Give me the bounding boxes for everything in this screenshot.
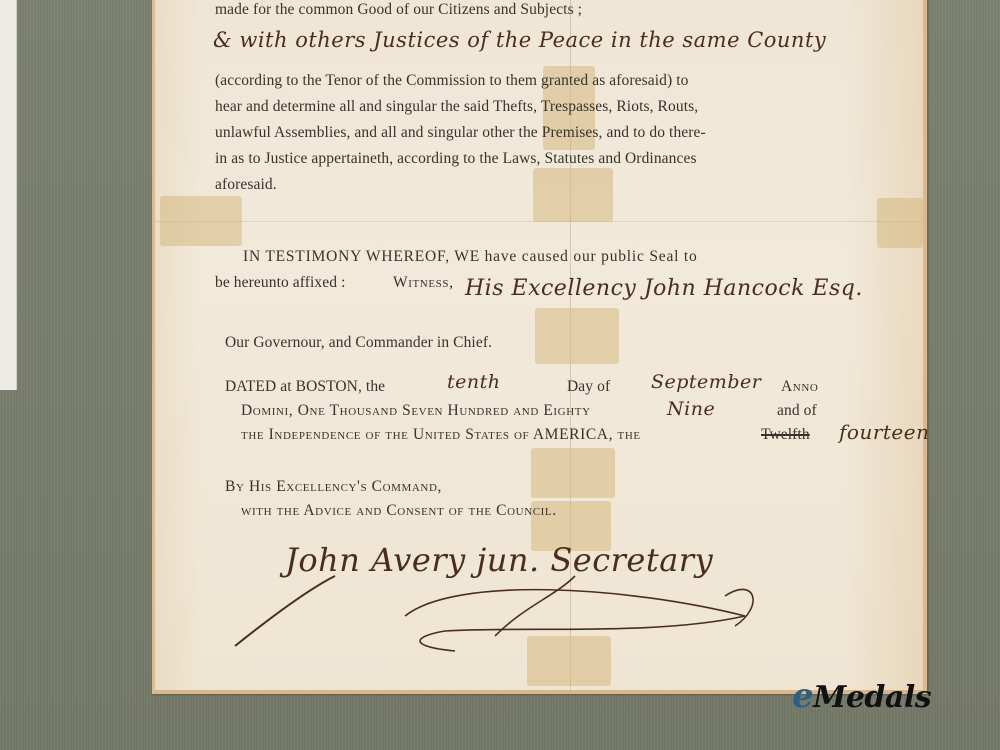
hinge-tape: [531, 448, 615, 498]
and-of-label: and of: [777, 402, 817, 420]
day-of-label: Day of: [567, 378, 610, 396]
governour-line: Our Governour, and Commander in Chief.: [225, 334, 492, 352]
handwritten-justices: & with others Justices of the Peace in t…: [213, 28, 826, 52]
witness-label: Witness,: [393, 274, 454, 292]
signature-flourish: [225, 566, 785, 656]
hinge-tape: [535, 308, 619, 364]
commission-document: made for the common Good of our Citizens…: [152, 0, 927, 694]
hinge-tape: [160, 196, 242, 246]
domini-line: Domini, One Thousand Seven Hundred and E…: [241, 402, 591, 420]
emedals-watermark-logo: eMedals: [792, 676, 931, 716]
text-line: aforesaid.: [215, 176, 277, 194]
text-line: unlawful Assemblies, and all and singula…: [215, 124, 706, 142]
dated-line: DATED at BOSTON, the: [225, 378, 385, 396]
affixed-line: be hereunto affixed :: [215, 274, 346, 292]
advice-line: with the Advice and Consent of the Counc…: [241, 502, 557, 520]
text-line: hear and determine all and singular the …: [215, 98, 698, 116]
anno-label: Anno: [781, 378, 818, 396]
hinge-tape: [877, 198, 923, 248]
logo-e: e: [792, 676, 813, 716]
text-line: in as to Justice appertaineth, according…: [215, 150, 697, 168]
struck-through-year: Twelfth: [761, 426, 810, 444]
handwritten-hancock: His Excellency John Hancock Esq.: [465, 276, 863, 301]
text-line: made for the common Good of our Citizens…: [215, 1, 582, 19]
independence-line: the Independence of the United States of…: [241, 426, 641, 444]
handwritten-month: September: [651, 371, 761, 393]
text-line: (according to the Tenor of the Commissio…: [215, 72, 689, 90]
handwritten-independence-year: fourteen: [839, 420, 929, 444]
hinge-tape: [533, 168, 613, 222]
command-line: By His Excellency's Command,: [225, 478, 442, 496]
logo-text: Medals: [813, 680, 931, 715]
handwritten-day: tenth: [447, 371, 501, 393]
handwritten-year: Nine: [667, 398, 715, 420]
adjacent-document-edge: [0, 0, 17, 390]
testimony-line: IN TESTIMONY WHEREOF, WE have caused our…: [243, 248, 698, 266]
